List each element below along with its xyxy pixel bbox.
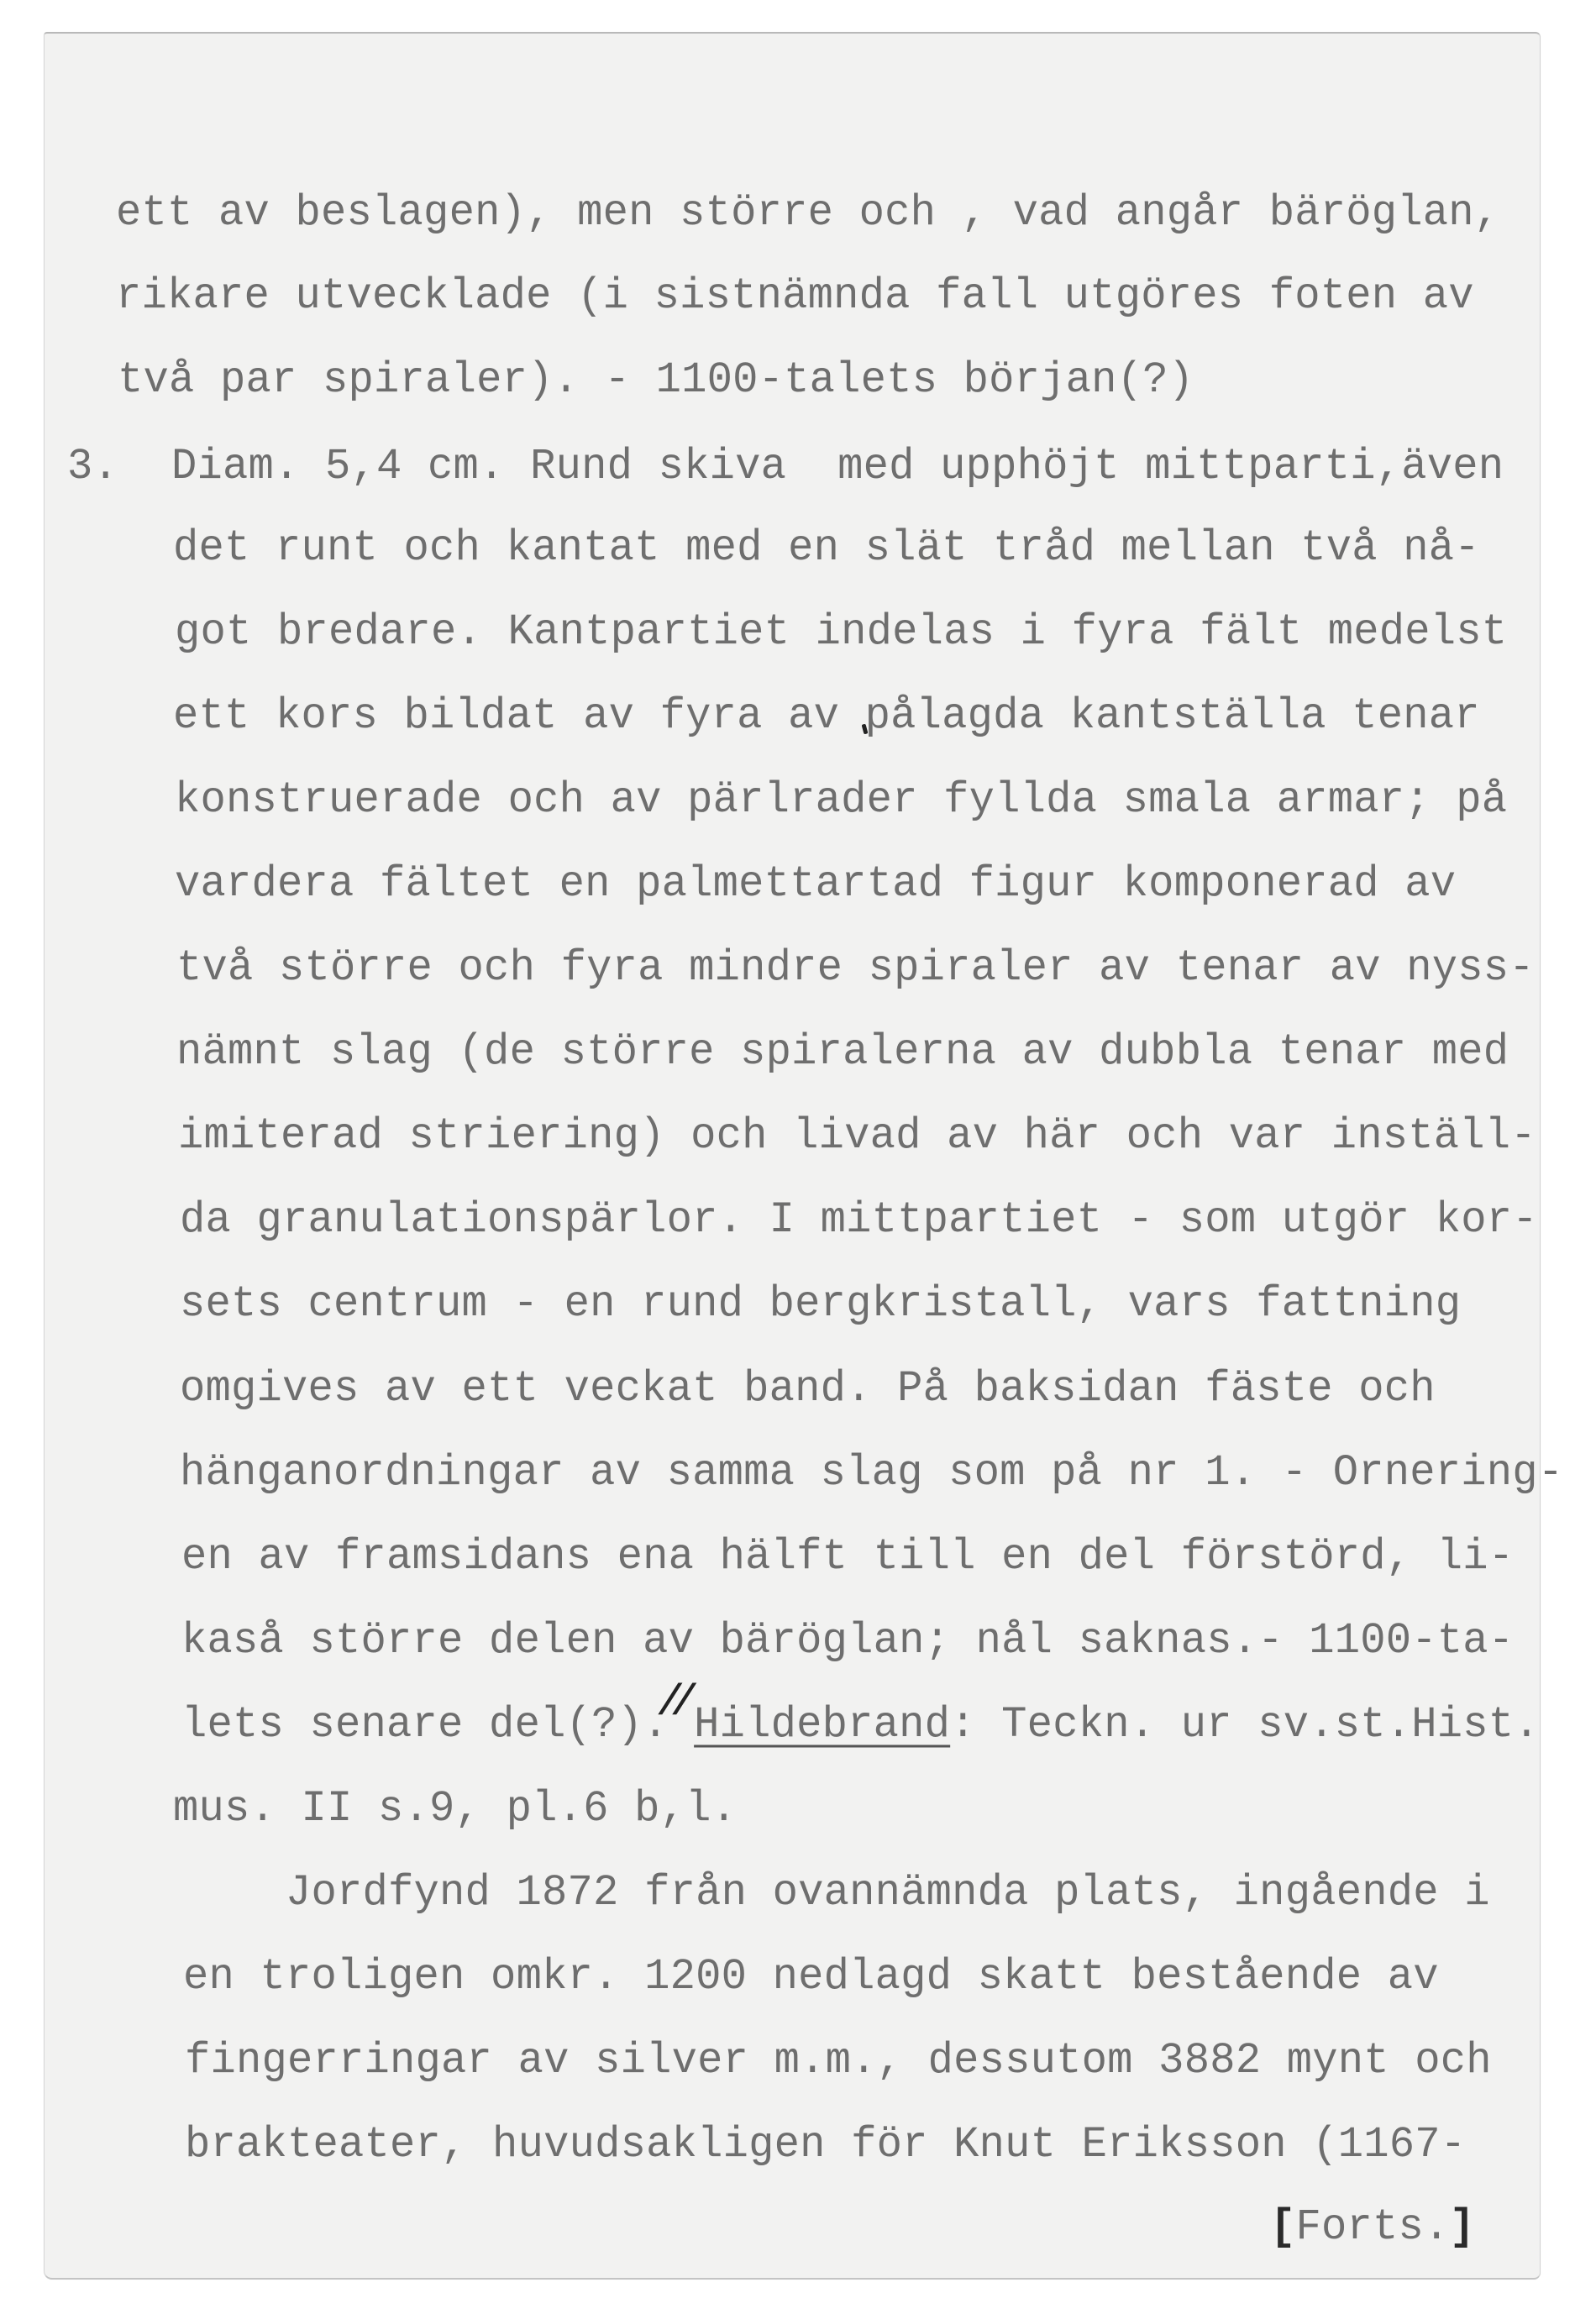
text-line-22: en troligen omkr. 1200 nedlagd skatt bes… (183, 1956, 1439, 2000)
continued-marker: [Forts.] (1270, 2206, 1475, 2250)
text-line-20: mus. II s.9, pl.6 b,l. (173, 1788, 737, 1832)
text-line-10: två större och fyra mindre spiraler av t… (176, 947, 1535, 991)
text-line-19: lets senare del(?). Hildebrand: Teckn. u… (181, 1704, 1540, 1748)
text-line-18: kaså större delen av bäröglan; nål sakna… (181, 1620, 1514, 1664)
text-line-5: det runt och kantat med en slät tråd mel… (173, 527, 1480, 571)
text-line-3: två par spiraler). - 1100-talets början(… (118, 359, 1194, 403)
text-line-13: da granulationspärlor. I mittpartiet - s… (180, 1199, 1538, 1243)
text-line-24: brakteater, huvudsakligen för Knut Eriks… (185, 2124, 1466, 2168)
text-line-23: fingerringar av silver m.m., dessutom 38… (185, 2040, 1492, 2084)
bracket-open: [ (1270, 2203, 1296, 2252)
text-line-4: Diam. 5,4 cm. Rund skiva med upphöjt mit… (171, 446, 1504, 490)
text-segment: : Teckn. ur sv.st.Hist. (950, 1701, 1540, 1750)
text-line-14: sets centrum - en rund bergkristall, var… (180, 1283, 1461, 1327)
bracket-close: ] (1450, 2203, 1476, 2252)
text-line-9: vardera fältet en palmettartad figur kom… (175, 863, 1456, 907)
text-line-16: hänganordningar av samma slag som på nr … (180, 1452, 1563, 1496)
text-line-8: konstruerade och av pärlrader fyllda sma… (175, 779, 1507, 823)
text-line-2: rikare utvecklade (i sistnämnda fall utg… (116, 275, 1474, 319)
text-line-21: Jordfynd 1872 från ovannämnda plats, ing… (286, 1872, 1490, 1916)
text-line-11: nämnt slag (de större spiralerna av dubb… (176, 1031, 1509, 1075)
text-segment: lets senare del(?). (181, 1701, 694, 1750)
author-reference-hildebrand: Hildebrand (694, 1701, 950, 1750)
text-line-7: ett kors bildat av fyra av pålagda kants… (173, 695, 1480, 739)
text-line-6: got bredare. Kantpartiet indelas i fyra … (175, 611, 1507, 655)
continued-label: Forts. (1296, 2203, 1450, 2252)
text-line-17: en av framsidans ena hälft till en del f… (181, 1536, 1514, 1580)
text-line-12: imiterad striering) och livad av här och… (178, 1115, 1536, 1159)
text-line-15: omgives av ett veckat band. På baksidan … (180, 1368, 1436, 1412)
item-number: 3. (67, 446, 118, 490)
text-line-1: ett av beslagen), men större och , vad a… (116, 192, 1499, 236)
